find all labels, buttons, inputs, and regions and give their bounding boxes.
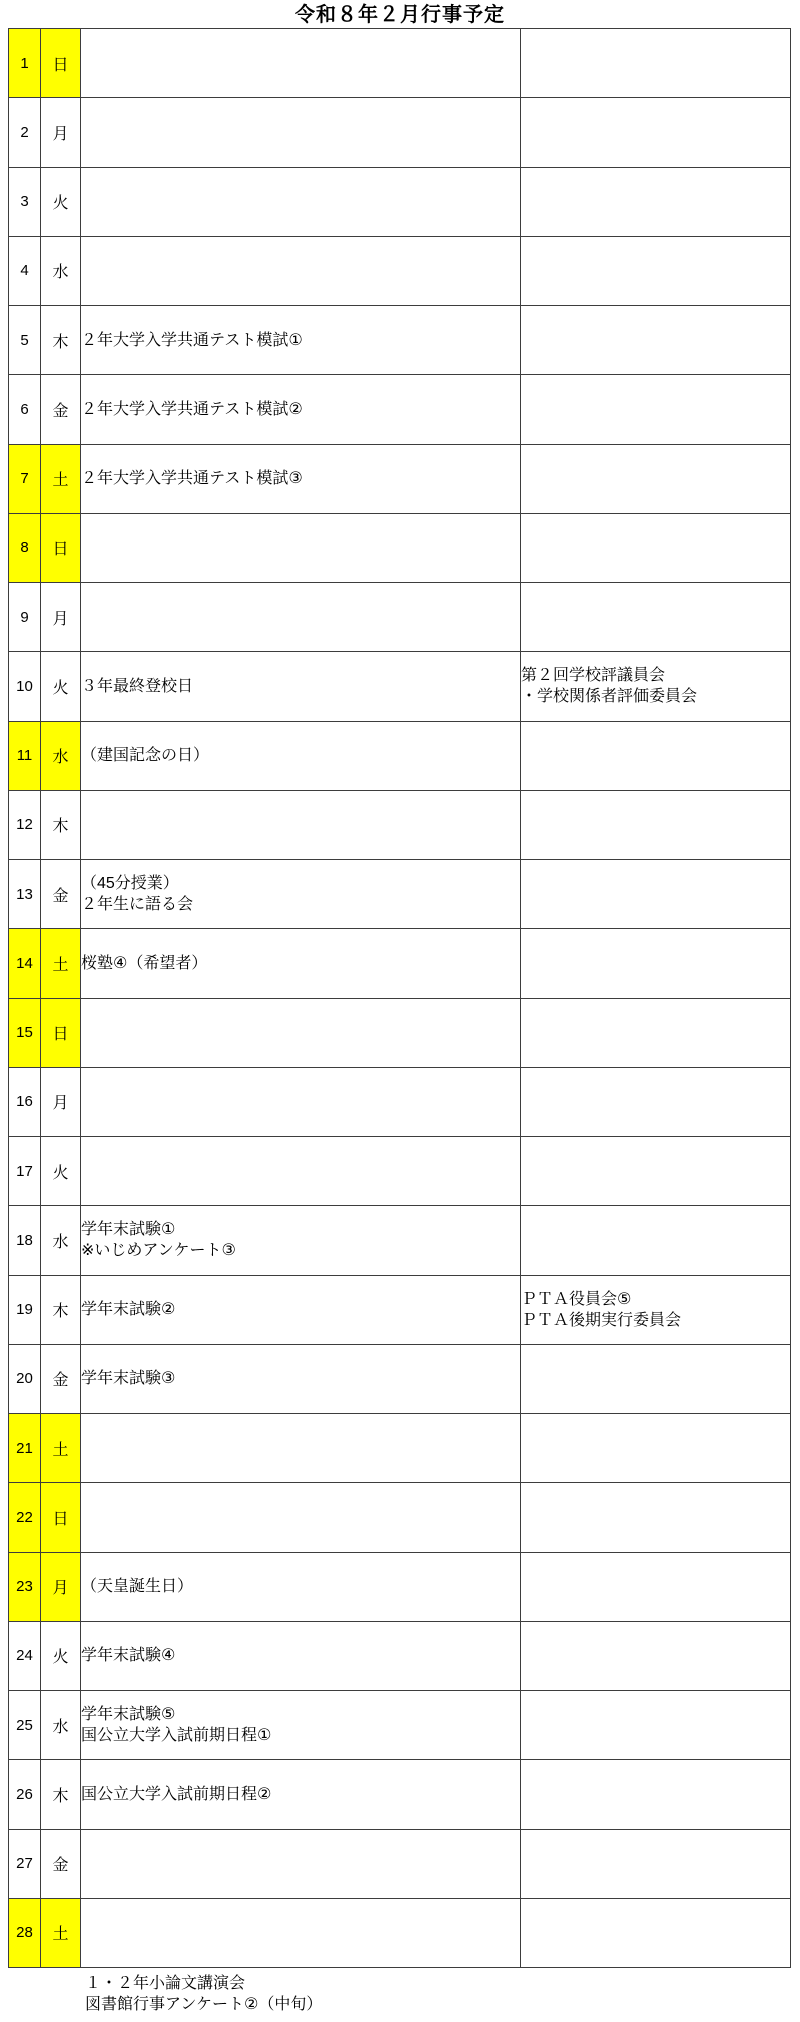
day-cell: 金 (41, 860, 81, 929)
event-line: ２年大学入学共通テスト模試② (81, 399, 520, 420)
date-cell: 1 (9, 29, 41, 98)
notes-cell (521, 721, 791, 790)
event-cell: ２年大学入学共通テスト模試① (81, 306, 521, 375)
table-row: 27金 (9, 1829, 791, 1898)
event-line: ２年生に語る会 (81, 894, 520, 915)
schedule-page: 令和８年２月行事予定 1日2月3火4水5木２年大学入学共通テスト模試①6金２年大… (0, 0, 800, 2022)
table-row: 4水 (9, 236, 791, 305)
page-title: 令和８年２月行事予定 (0, 0, 800, 28)
day-cell: 日 (41, 998, 81, 1067)
event-cell (81, 29, 521, 98)
table-row: 3火 (9, 167, 791, 236)
table-row: 1日 (9, 29, 791, 98)
event-line: ２年大学入学共通テスト模試① (81, 330, 520, 351)
table-row: 7土２年大学入学共通テスト模試③ (9, 444, 791, 513)
table-row: 24火学年末試験④ (9, 1621, 791, 1690)
event-cell: 学年末試験② (81, 1275, 521, 1344)
date-cell: 12 (9, 790, 41, 859)
date-cell: 5 (9, 306, 41, 375)
table-row: 2月 (9, 98, 791, 167)
date-cell: 28 (9, 1898, 41, 1967)
table-row: 10火３年最終登校日第２回学校評議員会・学校関係者評価委員会 (9, 652, 791, 721)
event-line: 学年末試験① (81, 1219, 520, 1240)
table-row: 8日 (9, 513, 791, 582)
event-cell: （建国記念の日） (81, 721, 521, 790)
notes-cell (521, 860, 791, 929)
date-cell: 9 (9, 583, 41, 652)
event-line: 学年末試験② (81, 1299, 520, 1320)
notes-cell (521, 929, 791, 998)
event-line: 桜塾④（希望者） (81, 953, 520, 974)
date-cell: 7 (9, 444, 41, 513)
notes-cell (521, 1552, 791, 1621)
notes-cell (521, 236, 791, 305)
notes-cell (521, 1483, 791, 1552)
date-cell: 17 (9, 1137, 41, 1206)
notes-cell (521, 1344, 791, 1413)
date-cell: 3 (9, 167, 41, 236)
notes-cell (521, 1414, 791, 1483)
schedule-table: 1日2月3火4水5木２年大学入学共通テスト模試①6金２年大学入学共通テスト模試②… (8, 28, 791, 1968)
event-line: （建国記念の日） (81, 745, 520, 766)
day-cell: 火 (41, 652, 81, 721)
day-cell: 日 (41, 29, 81, 98)
event-line: 学年末試験④ (81, 1645, 520, 1666)
notes-cell (521, 1067, 791, 1136)
event-cell: 学年末試験①※いじめアンケート③ (81, 1206, 521, 1275)
date-cell: 15 (9, 998, 41, 1067)
notes-cell (521, 1691, 791, 1760)
event-line: 学年末試験③ (81, 1368, 520, 1389)
event-line: 国公立大学入試前期日程② (81, 1784, 520, 1805)
day-cell: 土 (41, 1898, 81, 1967)
day-cell: 日 (41, 1483, 81, 1552)
table-row: 22日 (9, 1483, 791, 1552)
date-cell: 10 (9, 652, 41, 721)
notes-cell (521, 167, 791, 236)
day-cell: 日 (41, 513, 81, 582)
date-cell: 14 (9, 929, 41, 998)
day-cell: 水 (41, 1691, 81, 1760)
event-cell (81, 513, 521, 582)
notes-cell (521, 98, 791, 167)
table-row: 23月（天皇誕生日） (9, 1552, 791, 1621)
note-line: ・学校関係者評価委員会 (521, 686, 790, 707)
day-cell: 火 (41, 167, 81, 236)
schedule-table-body: 1日2月3火4水5木２年大学入学共通テスト模試①6金２年大学入学共通テスト模試②… (9, 29, 791, 1968)
notes-cell: ＰＴＡ役員会⑤ＰＴＡ後期実行委員会 (521, 1275, 791, 1344)
table-row: 9月 (9, 583, 791, 652)
notes-cell (521, 306, 791, 375)
event-cell: 学年末試験③ (81, 1344, 521, 1413)
event-cell (81, 998, 521, 1067)
event-cell (81, 98, 521, 167)
table-row: 17火 (9, 1137, 791, 1206)
table-row: 20金学年末試験③ (9, 1344, 791, 1413)
day-cell: 水 (41, 236, 81, 305)
day-cell: 土 (41, 444, 81, 513)
table-row: 15日 (9, 998, 791, 1067)
date-cell: 11 (9, 721, 41, 790)
event-line: ３年最終登校日 (81, 676, 520, 697)
table-row: 6金２年大学入学共通テスト模試② (9, 375, 791, 444)
date-cell: 26 (9, 1760, 41, 1829)
event-cell: ３年最終登校日 (81, 652, 521, 721)
event-cell: 学年末試験④ (81, 1621, 521, 1690)
date-cell: 4 (9, 236, 41, 305)
event-line: 国公立大学入試前期日程① (81, 1725, 520, 1746)
event-cell (81, 1483, 521, 1552)
event-cell (81, 1898, 521, 1967)
event-line: ※いじめアンケート③ (81, 1240, 520, 1261)
event-line: （45分授業） (81, 873, 520, 894)
day-cell: 火 (41, 1621, 81, 1690)
day-cell: 月 (41, 1552, 81, 1621)
event-cell: 桜塾④（希望者） (81, 929, 521, 998)
notes-cell (521, 444, 791, 513)
note-line: 第２回学校評議員会 (521, 665, 790, 686)
notes-cell (521, 1760, 791, 1829)
event-cell (81, 790, 521, 859)
day-cell: 水 (41, 1206, 81, 1275)
note-line: ＰＴＡ役員会⑤ (521, 1289, 790, 1310)
date-cell: 8 (9, 513, 41, 582)
table-row: 26木国公立大学入試前期日程② (9, 1760, 791, 1829)
event-cell (81, 167, 521, 236)
date-cell: 24 (9, 1621, 41, 1690)
event-cell (81, 1067, 521, 1136)
day-cell: 金 (41, 1344, 81, 1413)
event-cell: （45分授業）２年生に語る会 (81, 860, 521, 929)
event-line: ２年大学入学共通テスト模試③ (81, 468, 520, 489)
table-row: 16月 (9, 1067, 791, 1136)
table-row: 25水学年末試験⑤国公立大学入試前期日程① (9, 1691, 791, 1760)
notes-cell (521, 790, 791, 859)
day-cell: 土 (41, 929, 81, 998)
notes-cell (521, 375, 791, 444)
notes-cell (521, 998, 791, 1067)
notes-cell: 第２回学校評議員会・学校関係者評価委員会 (521, 652, 791, 721)
event-line: 学年末試験⑤ (81, 1704, 520, 1725)
event-cell: 学年末試験⑤国公立大学入試前期日程① (81, 1691, 521, 1760)
table-row: 28土 (9, 1898, 791, 1967)
day-cell: 木 (41, 306, 81, 375)
date-cell: 2 (9, 98, 41, 167)
date-cell: 6 (9, 375, 41, 444)
table-row: 13金（45分授業）２年生に語る会 (9, 860, 791, 929)
event-cell: 国公立大学入試前期日程② (81, 1760, 521, 1829)
footer-note-line: １・２年小論文講演会 (85, 1973, 800, 1994)
day-cell: 水 (41, 721, 81, 790)
table-row: 14土桜塾④（希望者） (9, 929, 791, 998)
note-line: ＰＴＡ後期実行委員会 (521, 1310, 790, 1331)
day-cell: 土 (41, 1414, 81, 1483)
date-cell: 21 (9, 1414, 41, 1483)
date-cell: 23 (9, 1552, 41, 1621)
date-cell: 25 (9, 1691, 41, 1760)
table-row: 21土 (9, 1414, 791, 1483)
table-row: 19木学年末試験②ＰＴＡ役員会⑤ＰＴＡ後期実行委員会 (9, 1275, 791, 1344)
notes-cell (521, 1137, 791, 1206)
event-cell (81, 1414, 521, 1483)
day-cell: 金 (41, 1829, 81, 1898)
table-row: 12木 (9, 790, 791, 859)
footer-note-line: 図書館行事アンケート②（中旬） (85, 1994, 800, 2015)
day-cell: 月 (41, 98, 81, 167)
date-cell: 16 (9, 1067, 41, 1136)
notes-cell (521, 1206, 791, 1275)
table-row: 18水学年末試験①※いじめアンケート③ (9, 1206, 791, 1275)
notes-cell (521, 583, 791, 652)
date-cell: 27 (9, 1829, 41, 1898)
footer-notes: １・２年小論文講演会 図書館行事アンケート②（中旬） (85, 1973, 800, 2015)
day-cell: 木 (41, 790, 81, 859)
notes-cell (521, 1829, 791, 1898)
day-cell: 月 (41, 1067, 81, 1136)
day-cell: 木 (41, 1275, 81, 1344)
notes-cell (521, 513, 791, 582)
notes-cell (521, 1898, 791, 1967)
event-cell (81, 236, 521, 305)
date-cell: 18 (9, 1206, 41, 1275)
event-cell (81, 1829, 521, 1898)
event-cell: （天皇誕生日） (81, 1552, 521, 1621)
day-cell: 月 (41, 583, 81, 652)
event-cell (81, 583, 521, 652)
event-cell: ２年大学入学共通テスト模試③ (81, 444, 521, 513)
day-cell: 金 (41, 375, 81, 444)
date-cell: 22 (9, 1483, 41, 1552)
event-cell: ２年大学入学共通テスト模試② (81, 375, 521, 444)
notes-cell (521, 29, 791, 98)
event-line: （天皇誕生日） (81, 1576, 520, 1597)
day-cell: 木 (41, 1760, 81, 1829)
day-cell: 火 (41, 1137, 81, 1206)
table-row: 11水（建国記念の日） (9, 721, 791, 790)
notes-cell (521, 1621, 791, 1690)
date-cell: 20 (9, 1344, 41, 1413)
event-cell (81, 1137, 521, 1206)
date-cell: 13 (9, 860, 41, 929)
table-row: 5木２年大学入学共通テスト模試① (9, 306, 791, 375)
date-cell: 19 (9, 1275, 41, 1344)
